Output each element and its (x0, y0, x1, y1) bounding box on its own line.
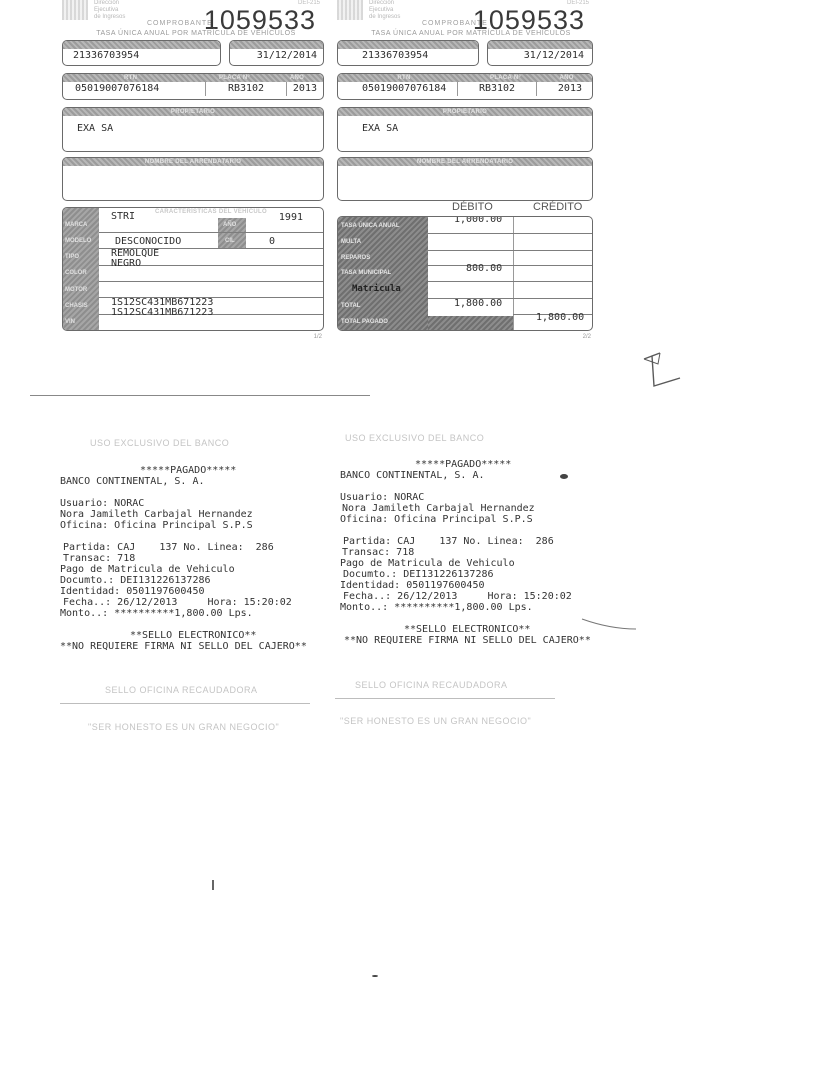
cil-value: 0 (269, 236, 275, 247)
doc-number: 21336703954 (63, 49, 220, 62)
due-date-box: 31/12/2014 (229, 40, 324, 66)
due-date: 31/12/2014 (230, 49, 323, 62)
agency-line: Ejecutiva (94, 7, 125, 14)
year-header: AÑO (541, 74, 592, 82)
agency-line: de Ingresos (94, 14, 125, 21)
total-paid-shade (428, 316, 513, 330)
credit-total-pagado: 1,800.00 (536, 312, 584, 323)
label-motor: MOTOR (65, 287, 87, 293)
rtn-placa-year-header: RTN PLACA N° AÑO (338, 74, 592, 82)
lessee-header: NOMBRE DEL ARRENDATARIO (63, 158, 323, 166)
receipt-monto: Monto..: **********1,800.00 Lps. (340, 602, 591, 613)
lessee-box: NOMBRE DEL ARRENDATARIO (62, 157, 324, 201)
agency-line: de Ingresos (369, 14, 400, 21)
receipt-fecha-hora: Fecha..: 26/12/2013 Hora: 15:20:02 (60, 597, 307, 608)
vin-value: 1S12SC431MB671223 (111, 307, 213, 318)
due-date-header (230, 41, 323, 49)
year-value: 2013 (537, 82, 592, 96)
receipt-user-name: Nora Jamileth Carbajal Hernandez (60, 509, 307, 520)
fold-line (30, 395, 370, 396)
doc-number: 21336703954 (338, 49, 478, 62)
rtn-header: RTN (63, 74, 198, 82)
due-date-box: 31/12/2014 (487, 40, 593, 66)
debit-tasa-municipal: 800.00 (466, 263, 502, 274)
rtn-placa-year-values: 05019007076184 RB3102 2013 (63, 82, 323, 96)
rtn-placa-year-values: 05019007076184 RB3102 2013 (338, 82, 592, 96)
label-matricula: Matricula (352, 284, 401, 294)
owner-box: PROPIETARIO EXA SA (337, 107, 593, 152)
agency-name: Dirección Ejecutiva de Ingresos (369, 0, 400, 21)
voucher-subtitle: TASA ÚNICA ANUAL POR MATRÍCULA DE VEHÍCU… (76, 30, 316, 37)
receipt-monto: Monto..: **********1,800.00 Lps. (60, 608, 307, 619)
characteristics-box: CARACTERÍSTICAS DEL VEHÍCULO MARCA MODEL… (62, 207, 324, 331)
placa-header: PLACA N° (470, 74, 541, 82)
signature-line (60, 703, 310, 704)
agency-line: Ejecutiva (369, 7, 400, 14)
placa-value: RB3102 (206, 82, 287, 96)
marca-value: STRI (111, 211, 135, 222)
receipt-documento: Documto.: DEI131226137286 (60, 575, 307, 586)
receipt-identidad: Identidad: 0501197600450 (60, 586, 307, 597)
receipt-concepto: Pago de Matricula de Vehiculo (340, 558, 591, 569)
rtn-placa-year-box: RTN PLACA N° AÑO 05019007076184 RB3102 2… (62, 73, 324, 100)
receipt-no-firma: **NO REQUIERE FIRMA NI SELLO DEL CAJERO*… (340, 635, 591, 646)
divider (99, 232, 323, 233)
modelo-value: DESCONOCIDO (115, 236, 181, 247)
debit-total: 1,800.00 (454, 298, 502, 309)
owner-box: PROPIETARIO EXA SA (62, 107, 324, 152)
signature-line (335, 698, 555, 699)
voucher-right: Dirección Ejecutiva de Ingresos DEI-215 … (337, 0, 593, 345)
agency-name: Dirección Ejecutiva de Ingresos (94, 0, 125, 21)
label-modelo: MODELO (65, 238, 91, 244)
receipt-right: *****PAGADO*****BANCO CONTINENTAL, S. A.… (340, 448, 591, 657)
receipt-sello: **SELLO ELECTRONICO** (60, 630, 307, 641)
label-cil: CIL (225, 238, 235, 244)
scan-speck (560, 474, 568, 479)
owner-value: EXA SA (63, 116, 323, 134)
rtn-value: 05019007076184 (63, 82, 206, 96)
divider (428, 233, 592, 234)
divider (428, 298, 592, 299)
handwritten-mark-icon (640, 350, 700, 395)
divider (428, 250, 592, 251)
label-color: COLOR (65, 270, 87, 276)
label-reparos: REPAROS (341, 255, 370, 261)
receipt-user-name: Nora Jamileth Carbajal Hernandez (340, 503, 591, 514)
divider (428, 265, 592, 266)
label-marca: MARCA (65, 222, 87, 228)
agency-logo-icon (337, 0, 363, 20)
voucher-subtitle: TASA ÚNICA ANUAL POR MATRÍCULA DE VEHÍCU… (351, 30, 591, 37)
receipt-oficina: Oficina: Oficina Principal S.P.S (340, 514, 591, 525)
owner-header: PROPIETARIO (338, 108, 592, 116)
receipt-sello: **SELLO ELECTRONICO** (340, 624, 591, 635)
label-vin: VIN (65, 319, 75, 325)
receipt-oficina: Oficina: Oficina Principal S.P.S (60, 520, 307, 531)
label-anio: AÑO (223, 222, 236, 228)
bank-use-header: USO EXCLUSIVO DEL BANCO (345, 433, 484, 443)
rtn-placa-year-header: RTN PLACA N° AÑO (63, 74, 323, 82)
lessee-header: NOMBRE DEL ARRENDATARIO (338, 158, 592, 166)
receipt-bank: BANCO CONTINENTAL, S. A. (60, 476, 307, 487)
sello-oficina-label: SELLO OFICINA RECAUDADORA (105, 685, 258, 695)
label-tasa-municipal: TASA MUNICIPAL (341, 270, 391, 276)
rtn-placa-year-box: RTN PLACA N° AÑO 05019007076184 RB3102 2… (337, 73, 593, 100)
pen-stroke-icon (580, 615, 640, 635)
doc-number-box: 21336703954 (337, 40, 479, 66)
page-number: 1/2 (314, 334, 322, 340)
placa-value: RB3102 (458, 82, 537, 96)
label-chasis: CHASIS (65, 303, 88, 309)
lessee-box: NOMBRE DEL ARRENDATARIO (337, 157, 593, 201)
owner-value: EXA SA (338, 116, 592, 134)
agency-line: Dirección (94, 0, 125, 7)
label-total-pagado: TOTAL PAGADO (341, 319, 388, 325)
motto: "SER HONESTO ES UN GRAN NEGOCIO" (88, 722, 279, 732)
receipt-identidad: Identidad: 0501197600450 (340, 580, 591, 591)
sello-oficina-label: SELLO OFICINA RECAUDADORA (355, 680, 508, 690)
due-date-header (488, 41, 592, 49)
receipt-concepto: Pago de Matricula de Vehiculo (60, 564, 307, 575)
receipt-status: *****PAGADO***** (60, 465, 307, 476)
payment-box: TASA ÚNICA ANUAL MULTA REPAROS TASA MUNI… (337, 216, 593, 331)
rtn-header: RTN (338, 74, 470, 82)
doc-number-header (338, 41, 478, 49)
receipt-usuario: Usuario: NORAC (60, 498, 307, 509)
year-value: 2013 (287, 82, 323, 96)
debit-tasa-unica: 1,000.00 (454, 216, 502, 225)
receipt-no-firma: **NO REQUIERE FIRMA NI SELLO DEL CAJERO*… (60, 641, 307, 652)
year-header: AÑO (271, 74, 323, 82)
voucher-left: Dirección Ejecutiva de Ingresos DEI-215 … (62, 0, 324, 345)
receipt-transac: Transac: 718 (340, 547, 591, 558)
due-date: 31/12/2014 (488, 49, 592, 62)
divider (99, 281, 323, 282)
credit-header: CRÉDITO (533, 201, 582, 213)
label-tasa-unica: TASA ÚNICA ANUAL (341, 223, 400, 229)
placa-header: PLACA N° (198, 74, 271, 82)
motto: "SER HONESTO ES UN GRAN NEGOCIO" (340, 716, 531, 726)
receipt-transac: Transac: 718 (60, 553, 307, 564)
debit-header: DÉBITO (452, 201, 493, 213)
label-multa: MULTA (341, 239, 361, 245)
divider (428, 281, 592, 282)
agency-line: Dirección (369, 0, 400, 7)
receipt-left: *****PAGADO*****BANCO CONTINENTAL, S. A.… (60, 454, 307, 663)
scan-speck (372, 975, 378, 977)
agency-logo-icon (62, 0, 88, 20)
bank-use-header: USO EXCLUSIVO DEL BANCO (90, 438, 229, 448)
owner-header: PROPIETARIO (63, 108, 323, 116)
receipt-partida: Partida: CAJ 137 No. Linea: 286 (60, 542, 307, 553)
receipt-bank: BANCO CONTINENTAL, S. A. (340, 470, 591, 481)
receipt-documento: Documto.: DEI131226137286 (340, 569, 591, 580)
receipt-usuario: Usuario: NORAC (340, 492, 591, 503)
doc-number-box: 21336703954 (62, 40, 221, 66)
page-number: 2/2 (583, 334, 591, 340)
label-total: TOTAL (341, 303, 360, 309)
label-tipo: TIPO (65, 254, 79, 260)
vehicle-year-value: 1991 (279, 212, 303, 223)
scan-speck (212, 880, 214, 890)
receipt-status: *****PAGADO***** (340, 459, 591, 470)
rtn-value: 05019007076184 (338, 82, 458, 96)
receipt-partida: Partida: CAJ 137 No. Linea: 286 (340, 536, 591, 547)
doc-number-header (63, 41, 220, 49)
color-value: NEGRO (111, 258, 141, 269)
receipt-fecha-hora: Fecha..: 26/12/2013 Hora: 15:20:02 (340, 591, 591, 602)
